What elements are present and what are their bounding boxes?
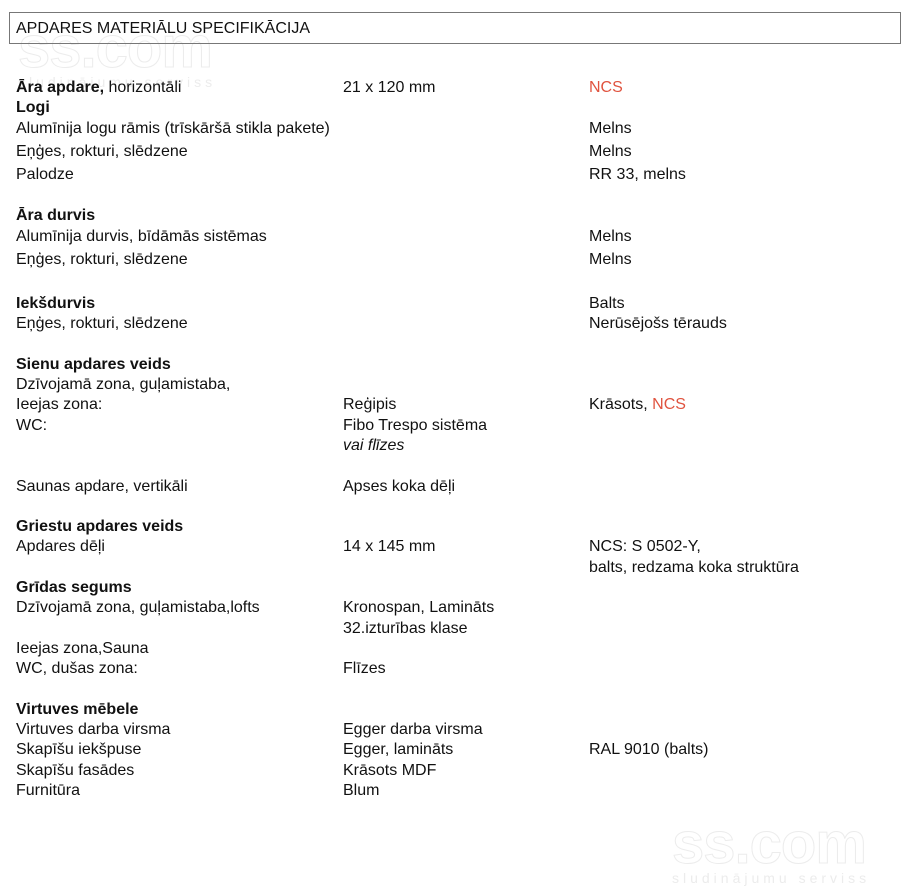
row-label: horizontāli: [104, 79, 181, 96]
document-title: APDARES MATERIĀLU SPECIFIKĀCIJA: [9, 12, 901, 44]
row-finish: Melns: [589, 250, 632, 270]
row-label: Dzīvojamā zona, guļamistaba,: [16, 375, 230, 395]
watermark-bottom: ss.com sludinājumu serviss: [672, 818, 870, 886]
row-label: Skapīšu fasādes: [16, 761, 134, 781]
row-label: Eņģes, rokturi, slēdzene: [16, 314, 188, 334]
row-label: Furnitūra: [16, 781, 80, 801]
row-color-code: NCS: [652, 396, 686, 413]
row-label: Apdares dēļi: [16, 537, 105, 557]
row-material: Egger, lamināts: [343, 740, 453, 760]
heading-text: Griestu apdares veids: [16, 517, 183, 537]
heading-text: Āra durvis: [16, 206, 95, 226]
row-color-code: NCS: [589, 78, 623, 98]
row-finish: Melns: [589, 227, 632, 247]
row-material: Krāsots MDF: [343, 761, 436, 781]
heading-text: Iekšdurvis: [16, 294, 95, 314]
row-finish: RR 33, melns: [589, 165, 686, 185]
row-finish: Nerūsējošs tērauds: [589, 314, 727, 334]
row-label: Ieejas zona:: [16, 395, 102, 415]
row-label: Virtuves darba virsma: [16, 720, 170, 740]
row-label: Eņģes, rokturi, slēdzene: [16, 142, 188, 162]
row-label-bold: Āra apdare,: [16, 79, 104, 96]
watermark-logo: ss.com: [672, 818, 870, 870]
row-label: Palodze: [16, 165, 74, 185]
row-material: Reģipis: [343, 395, 396, 415]
heading-text: Sienu apdares veids: [16, 355, 171, 375]
heading-text: Grīdas segums: [16, 578, 132, 598]
row-finish: Melns: [589, 119, 632, 139]
heading-text: Logi: [16, 98, 50, 118]
row-material-alt: vai flīzes: [343, 436, 404, 456]
row-material: Egger darba virsma: [343, 720, 483, 740]
row-label: Alumīnija logu rāmis (trīskāršā stikla p…: [16, 119, 330, 139]
row-finish-detail: balts, redzama koka struktūra: [589, 558, 799, 578]
row-label: Dzīvojamā zona, guļamistaba,lofts: [16, 598, 260, 618]
row-label: Saunas apdare, vertikāli: [16, 477, 188, 497]
row-finish: Balts: [589, 294, 625, 314]
row-label: Ieejas zona,Sauna: [16, 639, 149, 659]
row-label: Alumīnija durvis, bīdāmās sistēmas: [16, 227, 267, 247]
row-label: WC:: [16, 416, 47, 436]
row-finish: RAL 9010 (balts): [589, 740, 708, 760]
watermark-tagline: sludinājumu serviss: [672, 870, 870, 886]
row-label: Eņģes, rokturi, slēdzene: [16, 250, 188, 270]
row-finish: Krāsots,: [589, 396, 652, 413]
row-label: WC, dušas zona:: [16, 659, 138, 679]
row-finish: NCS: S 0502-Y,: [589, 537, 701, 557]
row-dimension: 14 x 145 mm: [343, 537, 435, 557]
row-label: Skapīšu iekšpuse: [16, 740, 141, 760]
row-material: Apses koka dēļi: [343, 477, 455, 497]
row-finish: Melns: [589, 142, 632, 162]
heading-text: Virtuves mēbele: [16, 700, 138, 720]
row-material: Flīzes: [343, 659, 386, 679]
row-material: Fibo Trespo sistēma: [343, 416, 487, 436]
row-material: Blum: [343, 781, 379, 801]
row-material: Kronospan, Lamināts: [343, 598, 494, 618]
row-material-detail: 32.izturības klase: [343, 619, 468, 639]
row-dimension: 21 x 120 mm: [343, 78, 435, 98]
